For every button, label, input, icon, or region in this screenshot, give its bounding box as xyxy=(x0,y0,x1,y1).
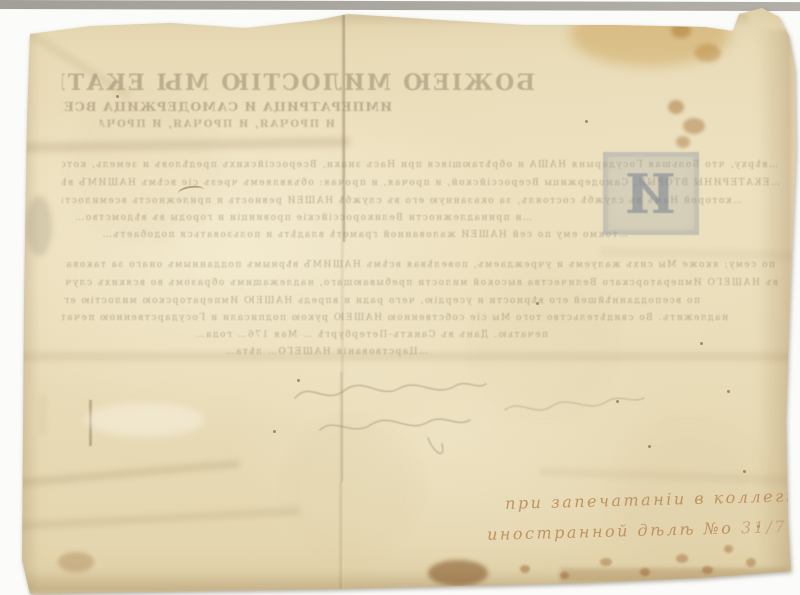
speck xyxy=(616,400,619,403)
wrinkle xyxy=(0,460,240,489)
ornate-initial-stamp-block: И xyxy=(603,152,699,235)
scratch-line xyxy=(89,400,92,446)
showthrough-title-line: БОЖІЕЮ МИЛОСТІЮ МЫ ЕКАТЕРИНА ВТОРАЯ, xyxy=(62,70,535,96)
stain xyxy=(702,566,713,574)
wrinkle xyxy=(25,29,131,99)
bottom-edge-shade xyxy=(24,570,784,592)
showthrough-body-line: печатью. Данъ въ Санктъ-Петербургѣ … Мая… xyxy=(62,330,548,340)
bottom-right-curl-shade xyxy=(560,568,790,582)
stain xyxy=(26,196,52,256)
stain xyxy=(671,22,691,38)
stain xyxy=(676,136,690,148)
wrinkle xyxy=(600,248,800,259)
showthrough-body-line: …Царствованія НАШЕГО… лѣта… xyxy=(62,347,428,357)
speck xyxy=(536,302,539,305)
mirrored-initial-letter: И xyxy=(625,167,676,221)
vertical-fold-crease xyxy=(341,12,348,242)
stain xyxy=(600,558,612,566)
stain xyxy=(58,552,94,572)
stain xyxy=(428,560,488,586)
stain xyxy=(695,44,721,62)
scanned-parchment-document: БОЖІЕЮ МИЛОСТІЮ МЫ ЕКАТЕРИНА ВТОРАЯ, ИМП… xyxy=(0,0,800,595)
speck xyxy=(743,470,746,473)
top-edge-shade xyxy=(28,14,748,26)
speck xyxy=(273,430,276,433)
script-stroke xyxy=(320,419,470,430)
script-stroke xyxy=(428,438,443,453)
stain xyxy=(746,558,756,567)
signature-showthrough xyxy=(260,365,660,475)
speck xyxy=(585,120,588,123)
script-stroke xyxy=(505,398,644,410)
showthrough-body-line: надлежитъ. Во свидѣтельство того Мы сіе … xyxy=(62,313,728,323)
stain xyxy=(570,4,730,66)
parchment-sheet: БОЖІЕЮ МИЛОСТІЮ МЫ ЕКАТЕРИНА ВТОРАЯ, ИМП… xyxy=(0,0,800,595)
stain xyxy=(724,545,733,553)
stain xyxy=(676,554,688,563)
light-patch xyxy=(85,403,205,437)
stain xyxy=(560,572,569,579)
left-edge-shade xyxy=(20,30,38,590)
wrinkle xyxy=(40,395,45,435)
wrinkle xyxy=(540,467,800,484)
stain xyxy=(520,565,530,573)
archival-note-line-2: иностранной дѣлѣ №о 31/7 xyxy=(487,517,787,544)
stain xyxy=(668,100,684,114)
showthrough-title-line: И ПРОЧАЯ, И ПРОЧАЯ, И ПРОЧАЯ. xyxy=(100,119,335,130)
wrinkle xyxy=(0,352,800,361)
speck xyxy=(700,342,703,345)
showthrough-body-line: по сему; якоже Мы сихъ жалуемъ и учрежда… xyxy=(64,260,775,270)
parchment-sheet-wrap: БОЖІЕЮ МИЛОСТІЮ МЫ ЕКАТЕРИНА ВТОРАЯ, ИМП… xyxy=(0,0,800,595)
showthrough-body-line: …и принадлежности Великороссійскіе прови… xyxy=(64,213,532,223)
wrinkle xyxy=(0,507,300,531)
vertical-fold-crease xyxy=(338,482,345,590)
archival-note-text: иностранной дѣлѣ №о xyxy=(487,518,734,543)
wrinkle xyxy=(0,137,350,153)
speck xyxy=(297,379,300,382)
showthrough-body-line: въ НАШЕГО Императорскаго Величества высо… xyxy=(64,278,778,288)
showthrough-body-line: по всеподданнѣйшей его вѣрности и усерді… xyxy=(62,296,700,306)
showthrough-body-line: …токмо ему по сей НАШЕЙ жалованной грамо… xyxy=(64,230,628,240)
script-stroke xyxy=(295,384,486,398)
stain xyxy=(640,568,650,576)
speck xyxy=(648,445,651,448)
vertical-fold-crease xyxy=(339,372,346,482)
vertical-fold-crease xyxy=(340,242,346,372)
showthrough-title-line: ИМПЕРАТРИЦА И САМОДЕРЖИЦА ВСЕРОССІЙСКАЯ, xyxy=(62,99,392,114)
archival-note-number: 31/7 xyxy=(741,517,787,537)
speck xyxy=(727,390,730,393)
ink-smudge xyxy=(177,184,204,199)
archival-note-line-1: при запечатаніи в коллегіи xyxy=(505,486,800,513)
speck xyxy=(116,95,119,98)
stain xyxy=(683,118,705,134)
